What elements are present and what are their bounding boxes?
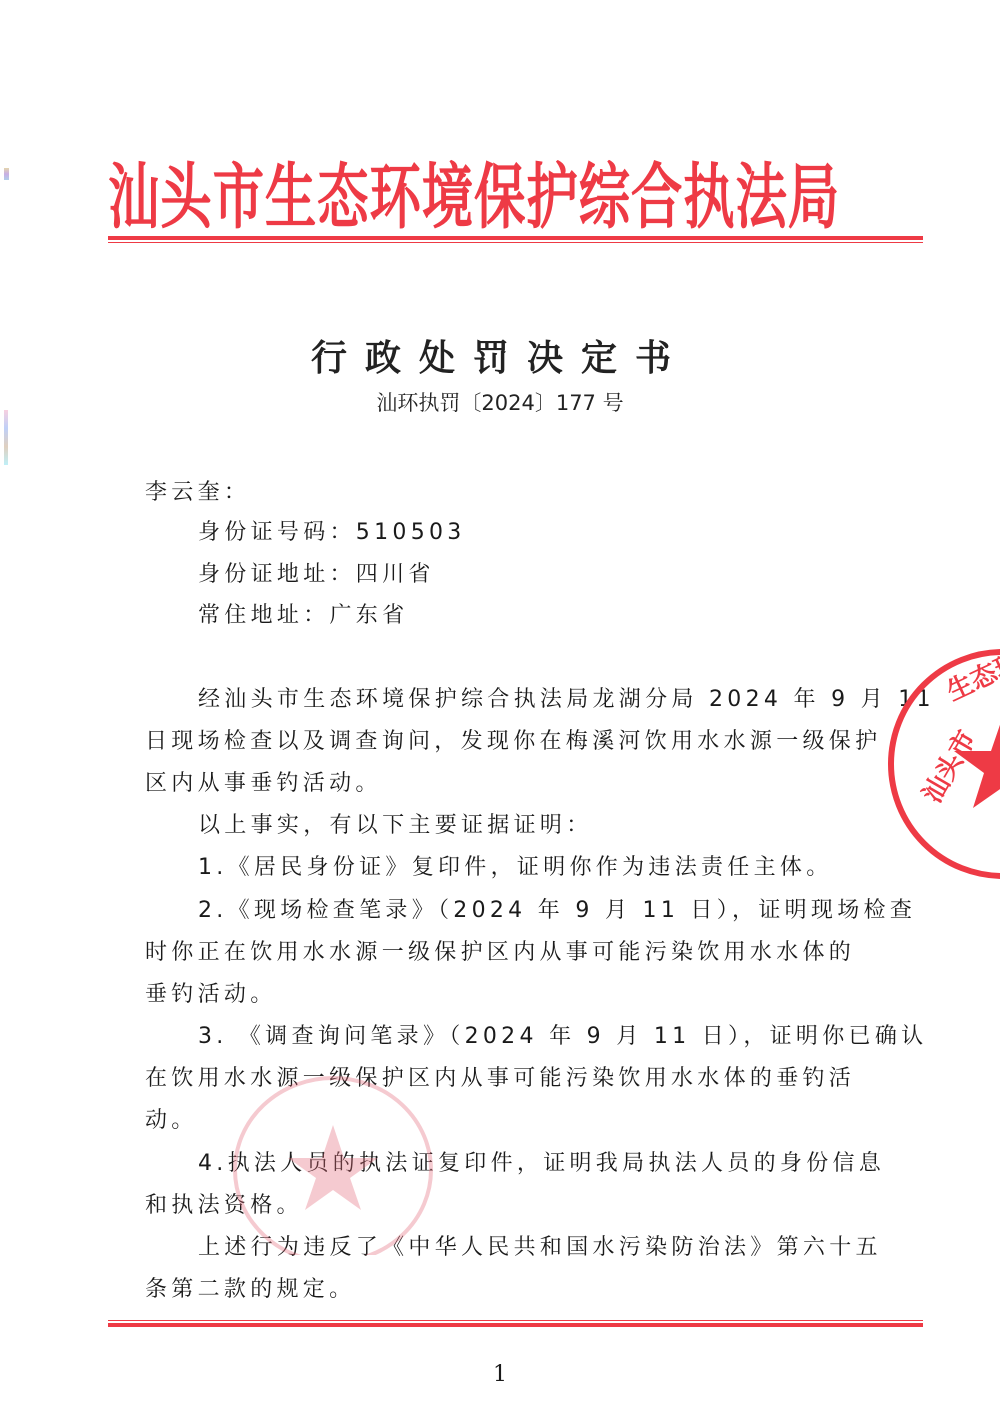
body-line: 时你正在饮用水水源一级保护区内从事可能污染饮用水水体的 (145, 935, 855, 966)
footer-rule (108, 1320, 923, 1327)
body-line: 垂钓活动。 (145, 977, 277, 1008)
recipient-id-number: 身份证号码：510503 (198, 515, 466, 546)
body-line: 经汕头市生态环境保护综合执法局龙湖分局 2024 年 9 月 11 (198, 682, 935, 713)
page-number: 1 (0, 1362, 1000, 1387)
scan-artifact (4, 410, 8, 465)
recipient-id-address: 身份证地址：四川省 (198, 557, 435, 588)
evidence-item: 1.《居民身份证》复印件，证明你作为违法责任主体。 (198, 850, 833, 881)
document-number: 汕环执罚〔2024〕177 号 (0, 387, 1000, 417)
official-seal: 汕头市 生态环境 (885, 646, 1000, 886)
body-line: 区内从事垂钓活动。 (145, 766, 382, 797)
body-line: 条第二款的规定。 (145, 1272, 355, 1303)
recipient-residence: 常住地址：广东省 (198, 598, 408, 629)
faint-seal-impression (228, 1070, 438, 1255)
body-line: 动。 (145, 1103, 198, 1134)
document-title: 行政处罚决定书 (0, 330, 1000, 381)
body-line: 日现场检查以及调查询问，发现你在梅溪河饮用水水源一级保护 (145, 724, 881, 755)
seal-text: 汕头市 (917, 726, 982, 809)
evidence-item: 2.《现场检查笔录》（2024 年 9 月 11 日），证明现场检查 (198, 893, 916, 924)
header-rule (108, 236, 923, 243)
recipient-name: 李云奎： (145, 475, 250, 506)
body-line: 以上事实，有以下主要证据证明： (198, 808, 593, 839)
scan-artifact (4, 168, 9, 180)
evidence-item: 3. 《调查询问笔录》（2024 年 9 月 11 日），证明你已确认 (198, 1019, 927, 1050)
